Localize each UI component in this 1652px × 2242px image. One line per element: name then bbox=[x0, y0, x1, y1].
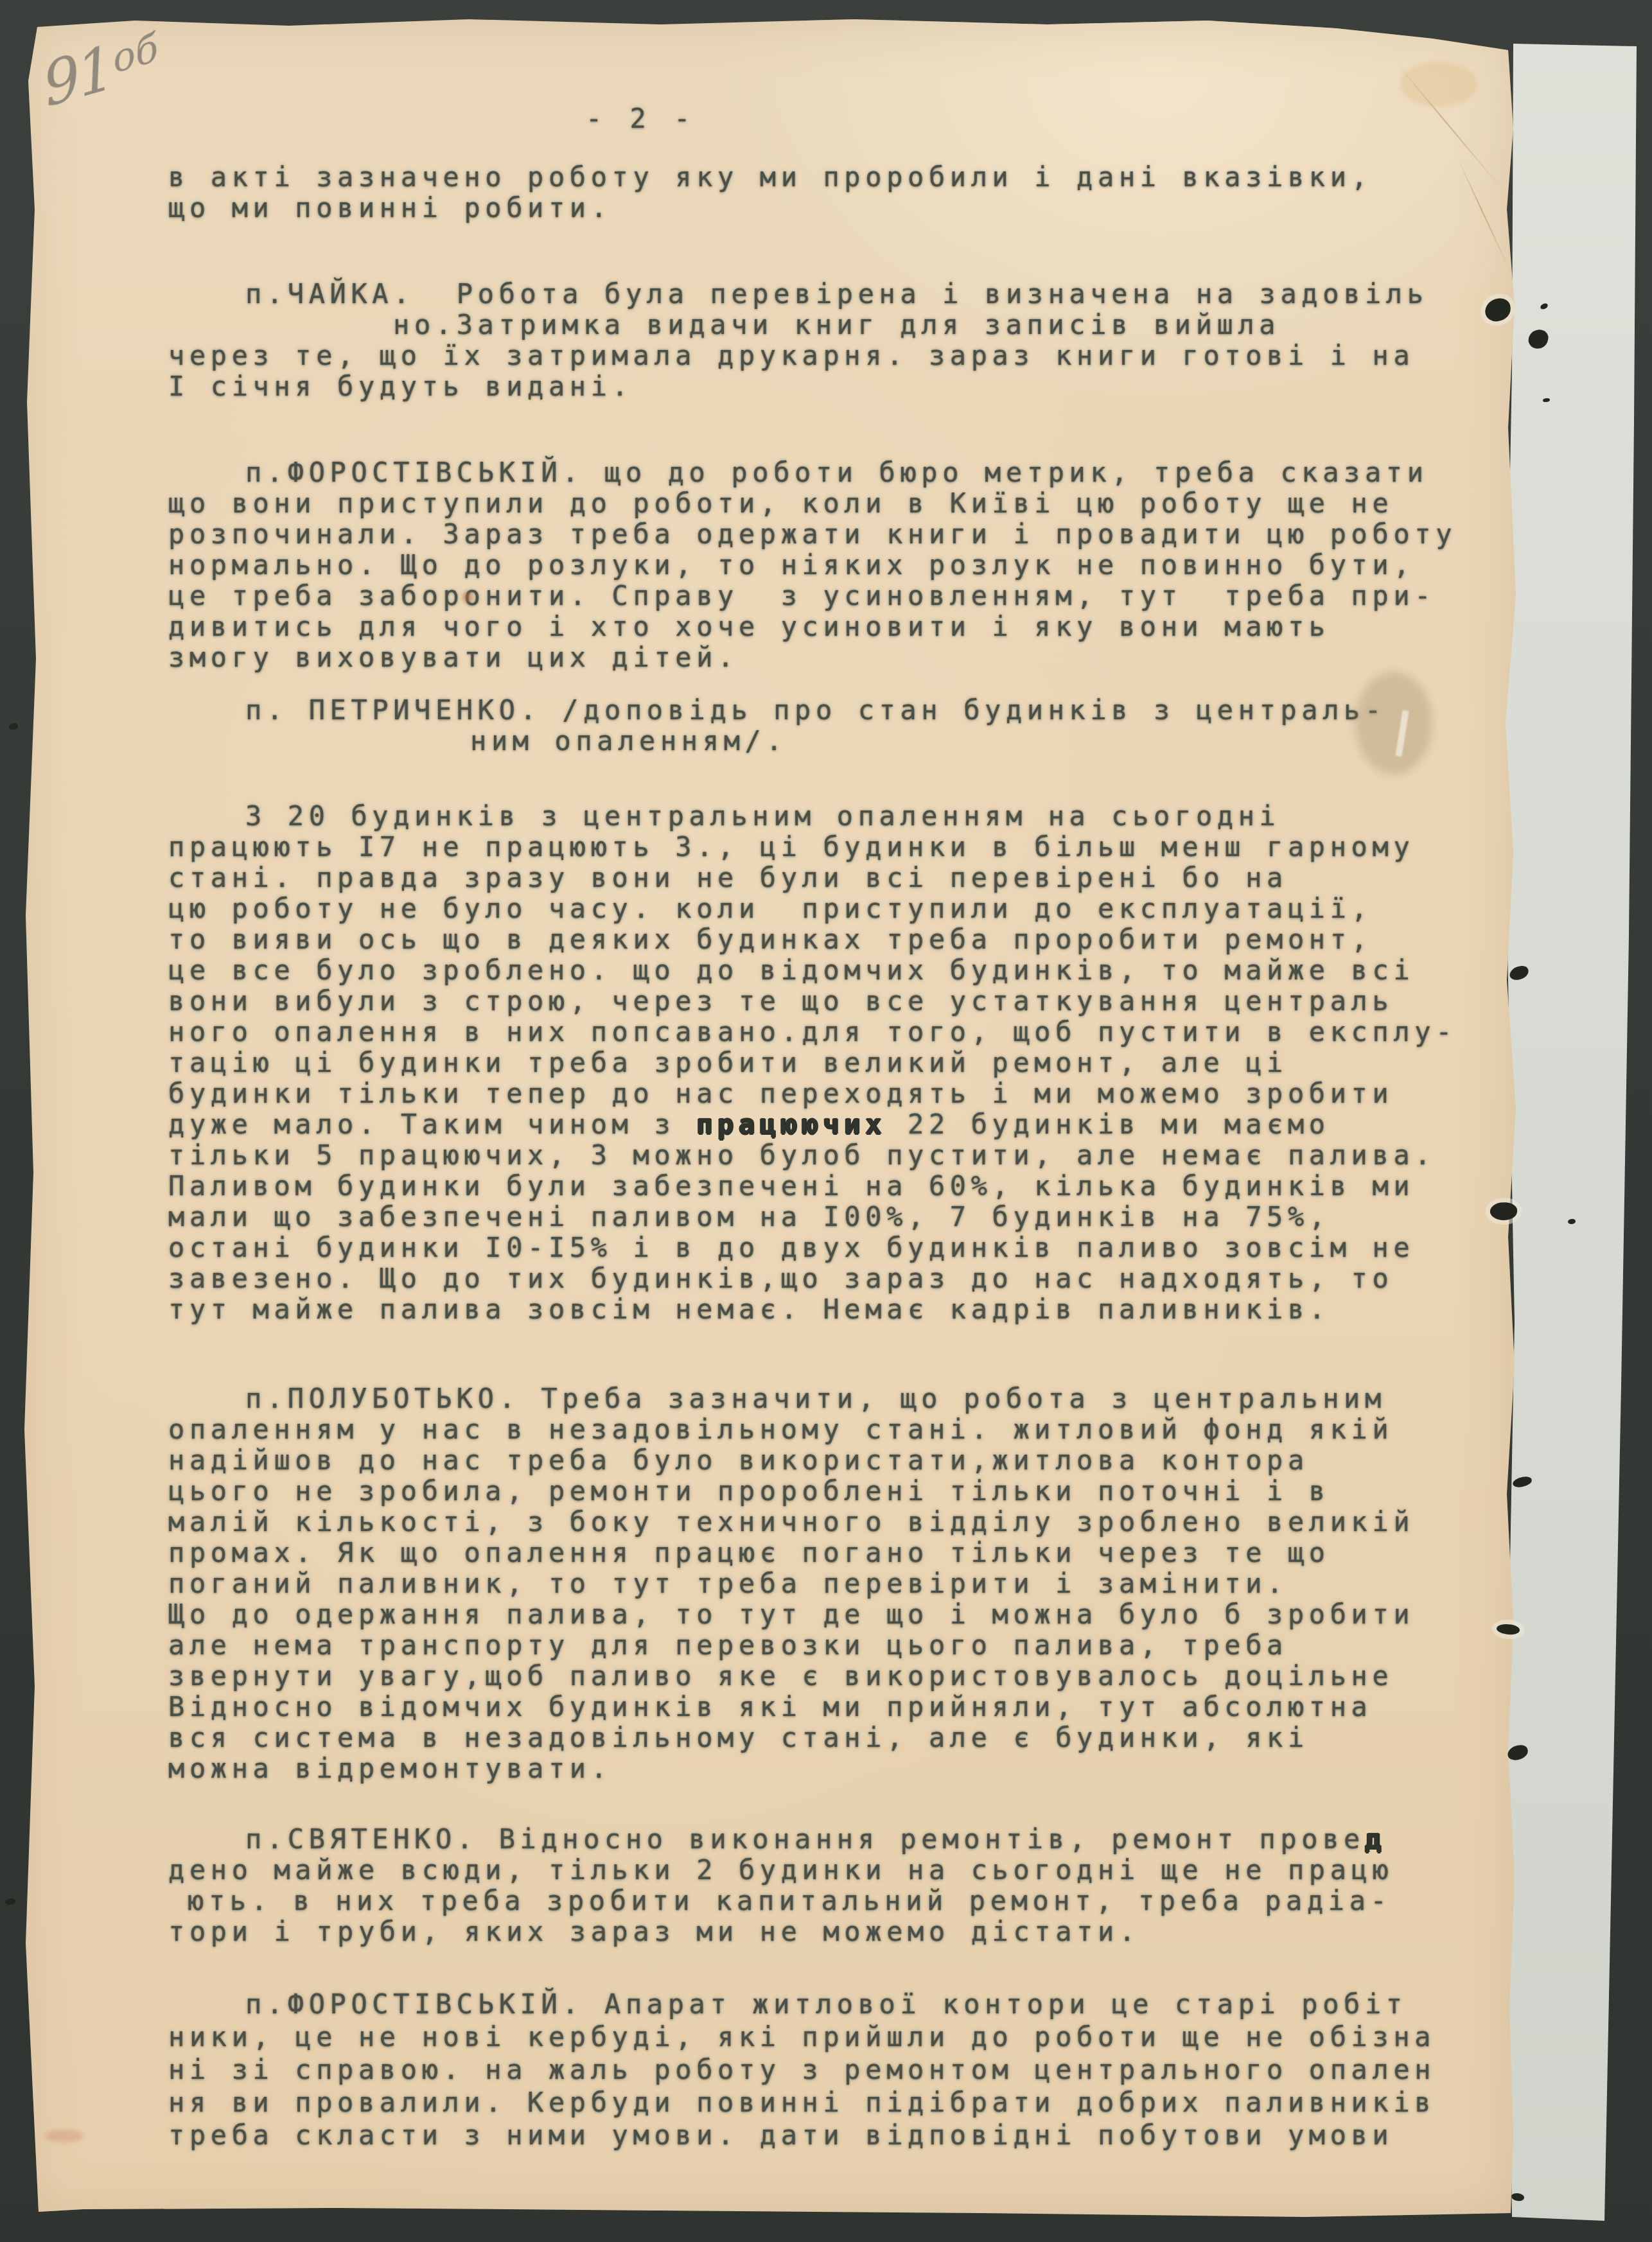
text-line: тори і труби, яких зараз ми не можемо ді… bbox=[168, 1917, 1507, 1948]
text-line: п. ПЕТРИЧЕНКО. /доповідь про стан будинк… bbox=[168, 696, 1507, 726]
paragraph-sviatenko: п.СВЯТЕНКО. Відносно виконання ремонтів,… bbox=[168, 1825, 1507, 1948]
text-line: змогу виховувати цих дітей. bbox=[168, 643, 1507, 674]
text-line: завезено. Що до тих будинків,що зараз до… bbox=[168, 1264, 1507, 1295]
document-page: 91об - 2 - в акті зазначено роботу яку м… bbox=[19, 17, 1517, 2221]
text-line: дено майже всюди, тільки 2 будинки на сь… bbox=[168, 1855, 1507, 1886]
text-line: надійшов до нас треба було використати,ж… bbox=[168, 1446, 1507, 1476]
rust-stain bbox=[462, 591, 473, 603]
text-line: З 20 будинків з центральним опаленням на… bbox=[168, 801, 1507, 832]
text-line: стані. правда зразу вони не були всі пер… bbox=[168, 863, 1507, 894]
handwritten-folio-number: 91об bbox=[39, 20, 161, 121]
page-number: - 2 - bbox=[586, 103, 696, 134]
text-line: поганий паливник, то тут треба перевірит… bbox=[168, 1569, 1507, 1600]
document-text: в акті зазначено роботу яку ми проробили… bbox=[168, 162, 1507, 2153]
text-line: тут майже палива зовсім немає. Немає кад… bbox=[168, 1295, 1507, 1326]
scan-background: 91об - 2 - в акті зазначено роботу яку м… bbox=[0, 0, 1652, 2242]
text-line: Що до одержання палива, то тут де що і м… bbox=[168, 1600, 1507, 1631]
paragraph-continuation: в акті зазначено роботу яку ми проробили… bbox=[168, 162, 1507, 224]
text-line: працюють І7 не працюють 3., ці будинки в… bbox=[168, 832, 1507, 863]
text-line: розпочинали. Зараз треба одержати книги … bbox=[168, 520, 1507, 550]
text-line: це треба заборонити. Справу з усиновленн… bbox=[168, 581, 1507, 612]
text-line: опаленням у нас в незадовільному стані. … bbox=[168, 1415, 1507, 1446]
yellow-stain bbox=[1400, 62, 1477, 107]
text-line: ним опаленням/. bbox=[168, 726, 1507, 757]
text-line: п.ФОРОСТІВСЬКІЙ. що до роботи бюро метри… bbox=[168, 458, 1507, 489]
adjacent-page-edge bbox=[1502, 37, 1640, 2223]
rust-stain bbox=[45, 2130, 83, 2142]
text-segment: п.СВЯТЕНКО. Відносно виконання ремонтів,… bbox=[245, 1823, 1365, 1855]
text-line: тацію ці будинки треба зробити великий р… bbox=[168, 1048, 1507, 1079]
text-line-overstruck: дуже мало. Таким чином з працюючих 22 бу… bbox=[168, 1110, 1507, 1141]
paragraph-polubotko: п.ПОЛУБОТЬКО. Треба зазначити, що робота… bbox=[168, 1384, 1507, 1785]
text-line: но.Затримка видачи книг для записів вийш… bbox=[168, 310, 1507, 341]
text-line: ня ви провалили. Кербуди повинні підібра… bbox=[168, 2088, 1507, 2121]
text-segment: 22 будинків ми маємо bbox=[886, 1108, 1330, 1140]
paragraph-petrychenko-report: З 20 будинків з центральним опаленням на… bbox=[168, 801, 1507, 1326]
text-line: можна відремонтувати. bbox=[168, 1754, 1507, 1785]
text-line: це все було зроблено. що до відомчих буд… bbox=[168, 956, 1507, 986]
ink-speck bbox=[5, 1898, 15, 1905]
text-line: ного опалення в них попсавано.для того, … bbox=[168, 1017, 1507, 1048]
text-line: мали що забезпечені паливом на І00%, 7 б… bbox=[168, 1202, 1507, 1233]
text-segment: дуже мало. Таким чином з bbox=[168, 1108, 696, 1140]
text-line: Відносно відомчих будинків які ми прийня… bbox=[168, 1692, 1507, 1723]
text-line: дивитись для чого і хто хоче усиновити і… bbox=[168, 612, 1507, 643]
text-line: що вони приступили до роботи, коли в Киї… bbox=[168, 489, 1507, 520]
paragraph-forostivskyi-1: п.ФОРОСТІВСЬКІЙ. що до роботи бюро метри… bbox=[168, 458, 1507, 674]
text-line: І січня будуть видані. bbox=[168, 372, 1507, 403]
text-line: промах. Як що опалення працює погано тіл… bbox=[168, 1538, 1507, 1569]
text-line: цього не зробила, ремонти пророблені тіл… bbox=[168, 1476, 1507, 1507]
text-line: через те, що їх затримала друкарня. зара… bbox=[168, 341, 1507, 372]
text-line: ні зі справою. на жаль роботу з ремонтом… bbox=[168, 2055, 1507, 2088]
text-line: вся система в незадовільному стані, але … bbox=[168, 1723, 1507, 1754]
text-line: Паливом будинки були забезпечені на 60%,… bbox=[168, 1171, 1507, 1202]
text-line: будинки тільки тепер до нас переходять і… bbox=[168, 1079, 1507, 1110]
text-line: малій кількості, з боку техничного відді… bbox=[168, 1507, 1507, 1538]
text-line: в акті зазначено роботу яку ми проробили… bbox=[168, 162, 1507, 193]
text-line: цю роботу не було часу. коли приступили … bbox=[168, 894, 1507, 925]
overstruck-word: працюючих bbox=[696, 1108, 886, 1140]
paragraph-forostivskyi-2: п.ФОРОСТІВСЬКІЙ. Апарат житлової контори… bbox=[168, 1990, 1507, 2153]
text-line: що ми повинні робити. bbox=[168, 193, 1507, 224]
text-line: треба скласти з ними умови. дати відпові… bbox=[168, 2121, 1507, 2153]
overstruck-word: д bbox=[1365, 1823, 1386, 1855]
text-line: звернути увагу,щоб паливо яке є використ… bbox=[168, 1661, 1507, 1692]
pencil-number: 91 bbox=[39, 33, 116, 121]
text-line: п.ПОЛУБОТЬКО. Треба зазначити, що робота… bbox=[168, 1384, 1507, 1415]
heading-petrychenko: п. ПЕТРИЧЕНКО. /доповідь про стан будинк… bbox=[168, 696, 1507, 757]
text-line: остані будинки І0-І5% і в до двух будинк… bbox=[168, 1233, 1507, 1264]
text-line-overstruck: п.СВЯТЕНКО. Відносно виконання ремонтів,… bbox=[168, 1825, 1507, 1855]
text-line: вони вибули з строю, через те що все уст… bbox=[168, 986, 1507, 1017]
ink-speck bbox=[9, 723, 18, 730]
text-line: п.ЧАЙКА. Робота була перевірена і визнач… bbox=[168, 279, 1507, 310]
text-line: нормально. Що до розлуки, то ніяких розл… bbox=[168, 550, 1507, 581]
text-line: тільки 5 працюючих, 3 можно булоб пустит… bbox=[168, 1141, 1507, 1171]
pencil-suffix: об bbox=[110, 24, 161, 82]
shadow-smudge bbox=[1355, 672, 1432, 775]
text-line: ють. в них треба зробити капитальний рем… bbox=[168, 1886, 1507, 1917]
paragraph-chaika: п.ЧАЙКА. Робота була перевірена і визнач… bbox=[168, 279, 1507, 403]
text-line: п.ФОРОСТІВСЬКІЙ. Апарат житлової контори… bbox=[168, 1990, 1507, 2022]
text-line: то вияви ось що в деяких будинках треба … bbox=[168, 925, 1507, 956]
text-line: але нема транспорту для перевозки цього … bbox=[168, 1631, 1507, 1661]
text-line: ники, це не нові кербуді, які прийшли до… bbox=[168, 2022, 1507, 2055]
